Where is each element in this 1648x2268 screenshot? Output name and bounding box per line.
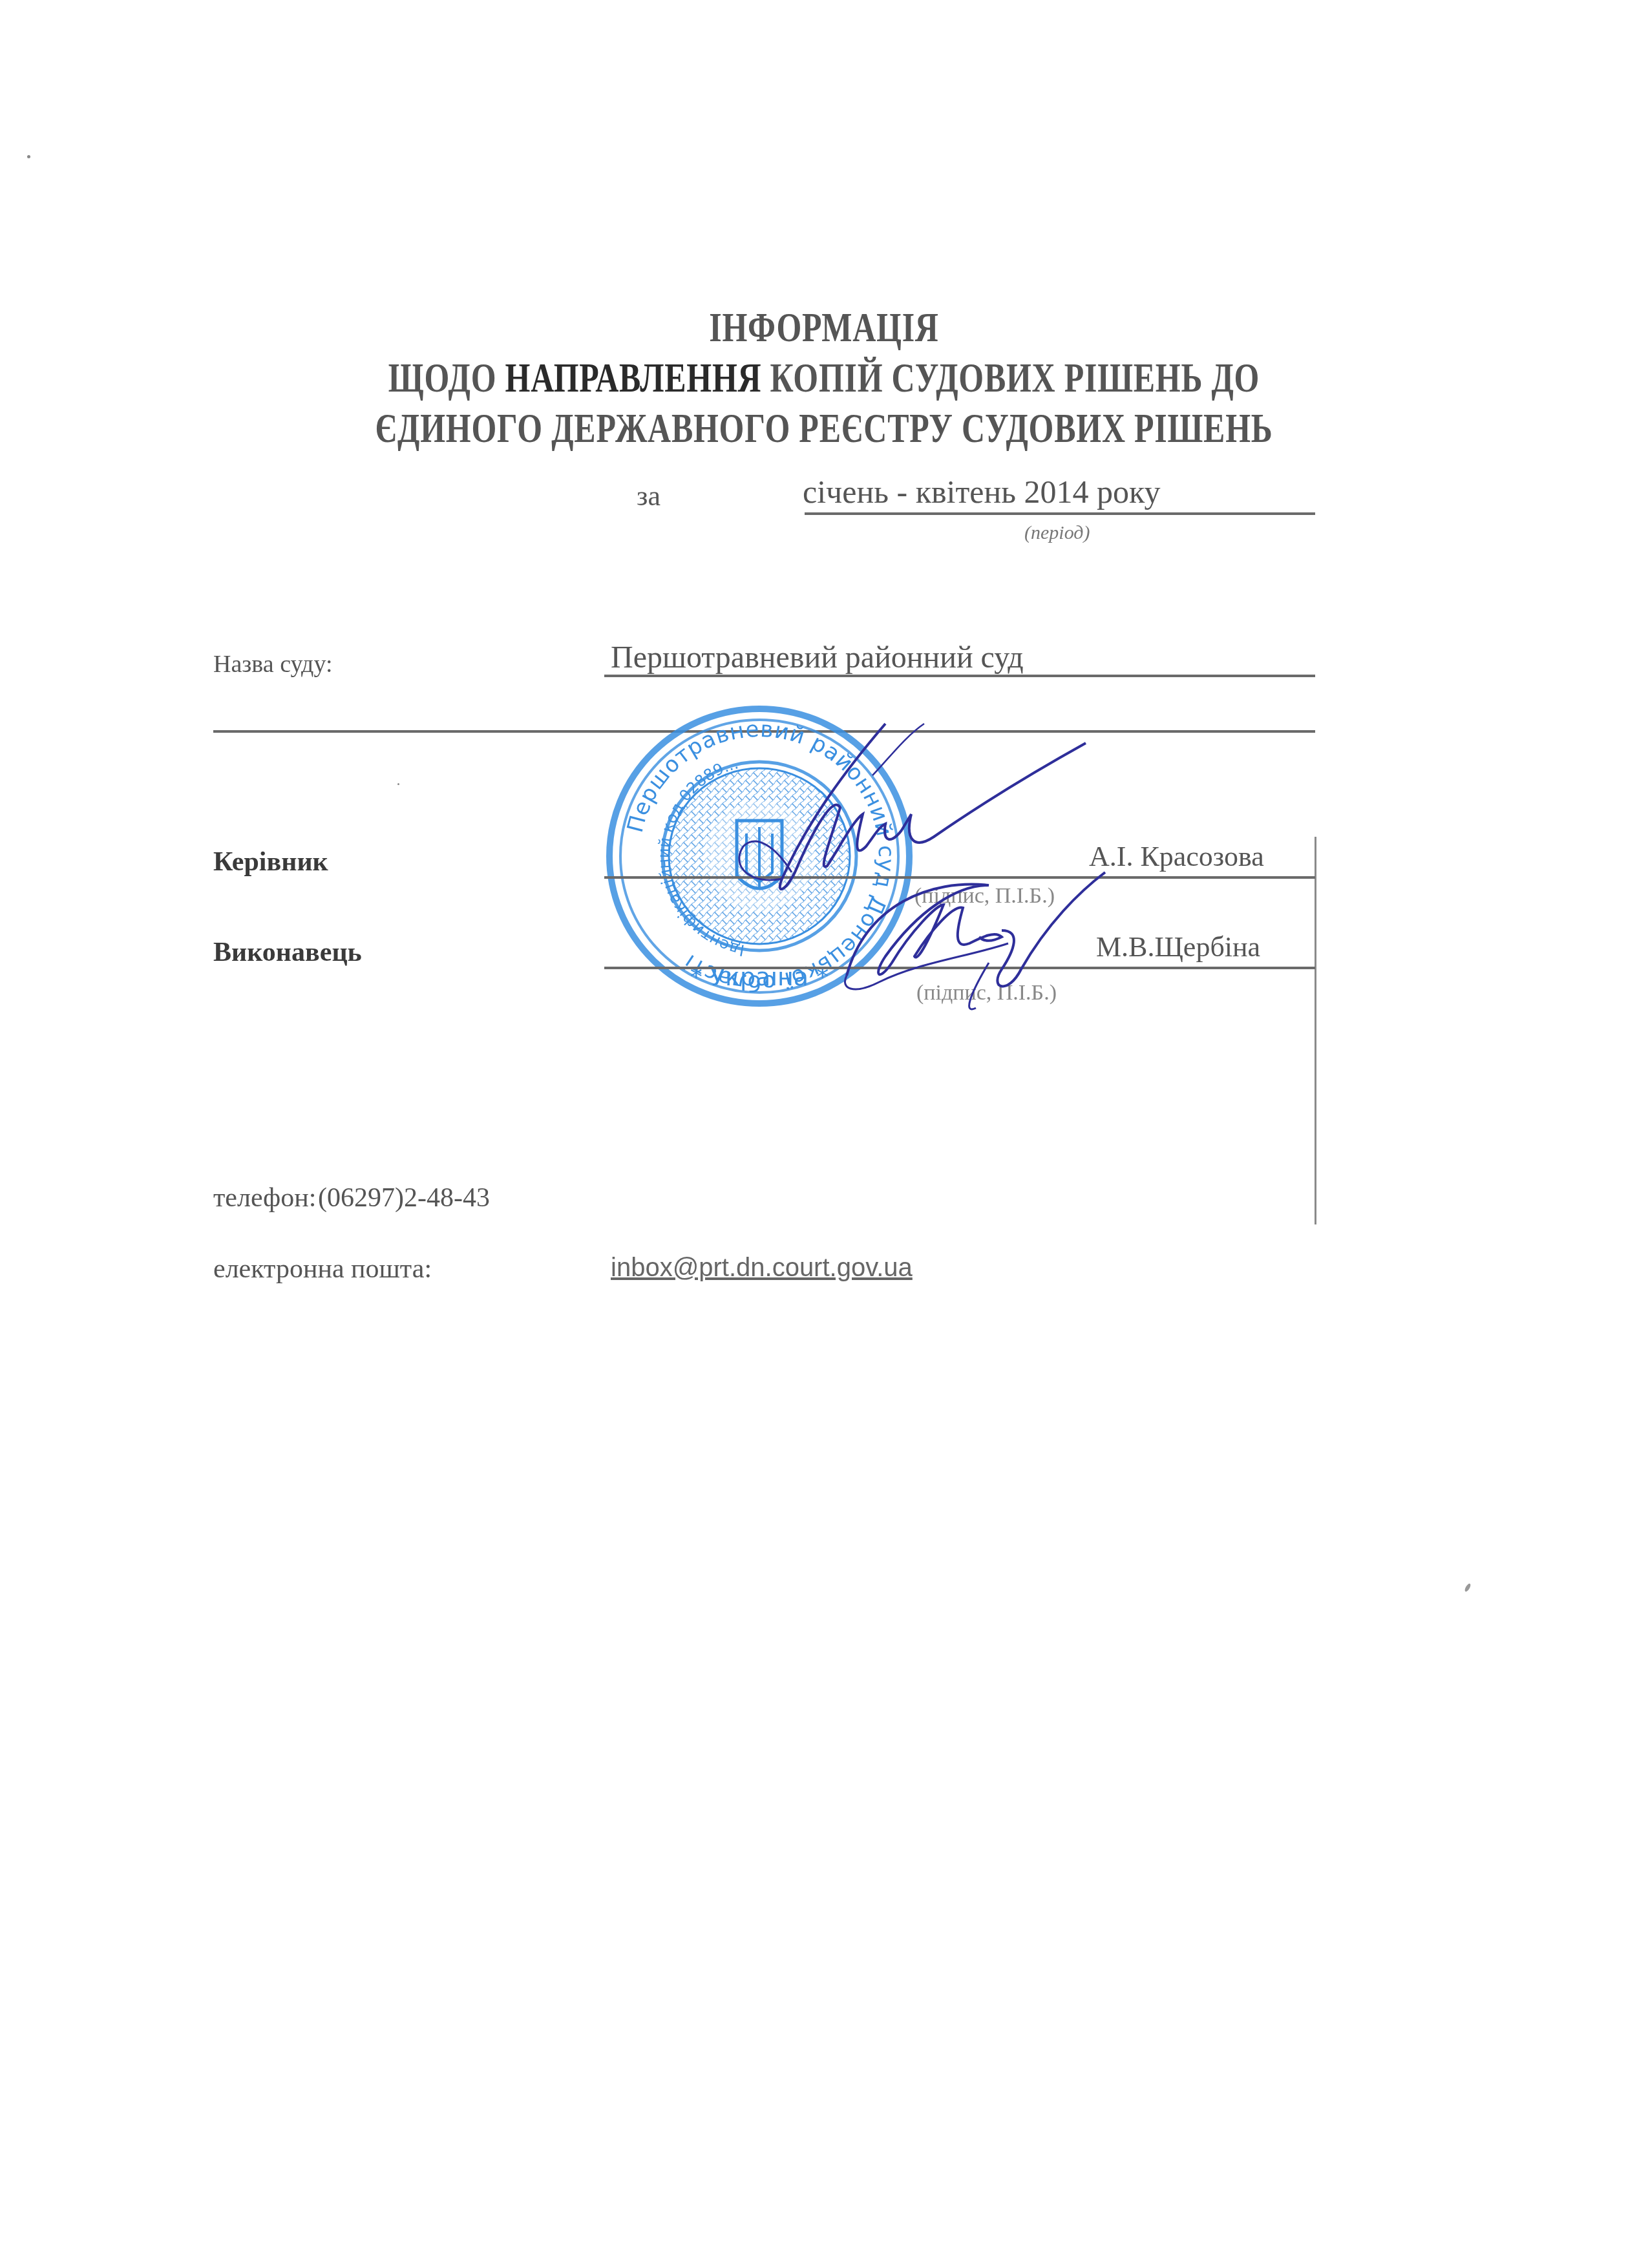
title-line-2-prefix: ЩОДО [388, 355, 505, 401]
executor-signature-icon [840, 859, 1112, 1027]
period-prefix: за [637, 479, 660, 512]
phone-value: (06297)2-48-43 [318, 1182, 490, 1213]
head-label: Керівник [213, 846, 328, 877]
title-line-2-bold: НАПРАВЛЕННЯ [505, 355, 762, 401]
document-title-line-1: ІНФОРМАЦІЯ [182, 304, 1467, 352]
executor-name: М.В.Щербіна [1096, 930, 1260, 963]
period-hint: (період) [1024, 522, 1090, 544]
email-label: електронна пошта: [213, 1254, 432, 1285]
title-line-2-suffix: КОПІЙ СУДОВИХ РІШЕНЬ ДО [761, 355, 1260, 401]
email-link[interactable]: inbox@prt.dn.court.gov.ua [611, 1254, 913, 1283]
executor-label: Виконавець [213, 937, 362, 968]
scan-speck [1464, 1582, 1472, 1592]
phone-label: телефон: [213, 1182, 316, 1213]
court-underline [604, 675, 1315, 677]
scan-speck [27, 155, 30, 158]
court-label: Назва суду: [213, 650, 333, 678]
document-title-line-3: ЄДИНОГО ДЕРЖАВНОГО РЕЄСТРУ СУДОВИХ РІШЕН… [182, 404, 1467, 452]
period-underline [805, 512, 1315, 515]
scan-speck [397, 783, 399, 785]
document-title-line-2: ЩОДО НАПРАВЛЕННЯ КОПІЙ СУДОВИХ РІШЕНЬ ДО [182, 354, 1467, 402]
court-name: Першотравневий районний суд [611, 640, 1024, 675]
period-value: січень - квітень 2014 року [803, 473, 1161, 510]
head-name: А.І. Красозова [1089, 840, 1264, 873]
right-border-line [1315, 837, 1316, 1224]
